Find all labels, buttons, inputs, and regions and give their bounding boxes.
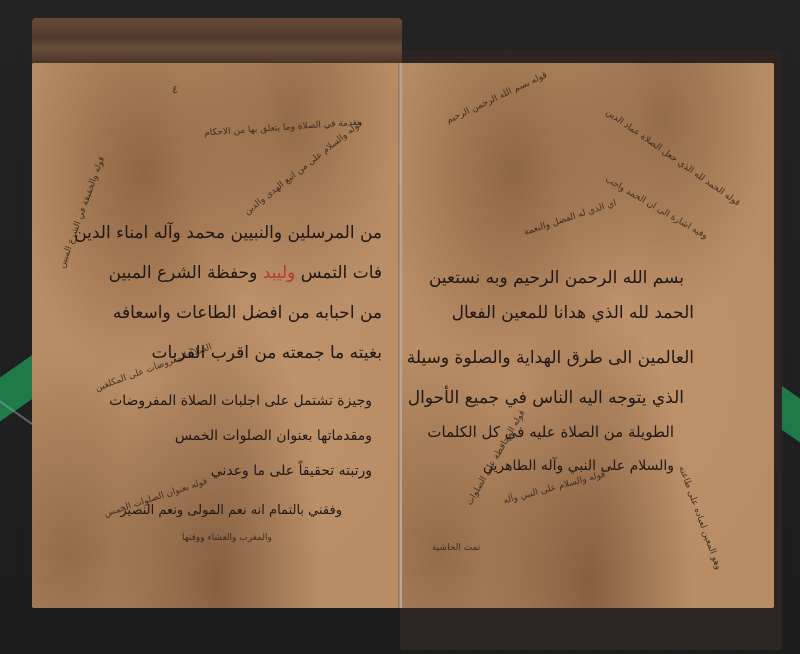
main-text-line: ورتبته تحقيقاً على ما وعدني <box>211 463 372 479</box>
main-text-line: ومقدماتها بعنوان الصلوات الخمس <box>175 428 372 444</box>
margin-note: قوله والسلام على النبي وآله <box>502 470 606 507</box>
main-text-line: بغيته ما جمعته من اقرب القربات <box>152 343 382 363</box>
open-manuscript: ٤ مقدمة في الصلاة وما يتعلق بها من الاحك… <box>22 18 782 628</box>
margin-note: تمت الحاشية <box>432 543 480 553</box>
main-text-line: وجيزة تشتمل على اجلبات الصلاة المفروضات <box>109 393 372 409</box>
main-text-line: فات التمس وليبد وحفظة الشرع المبين <box>109 263 382 283</box>
margin-note: وفيه اشارة الى ان الحمد واجب <box>603 175 709 242</box>
margin-note: والمغرب والعشاء ووقتها <box>182 533 272 543</box>
main-text-line: الحمد لله الذي هدانا للمعين الفعال <box>452 303 694 323</box>
main-text-line: الطويلة من الصلاة عليه في كل الكلمات <box>427 423 674 441</box>
margin-note: اي الذي له الفضل والنعمة <box>523 198 618 237</box>
main-text-line: وفقني بالتمام انه نعم المولى ونعم النصير <box>120 503 342 518</box>
main-text-line: والسلام على النبي وآله الطاهرين <box>483 458 674 474</box>
main-text-line: بسم الله الرحمن الرحيم وبه نستعين <box>429 268 684 288</box>
main-text-line: الذي يتوجه اليه الناس في جميع الأحوال <box>408 388 684 408</box>
margin-note: قوله والحقيقة في الشرع المبين <box>57 155 107 269</box>
rubric-word: وليبد <box>263 263 296 283</box>
main-text-line: من احبابه من افضل الطاعات واسعافه <box>113 303 382 323</box>
main-text-line: من المرسلين والنبيين محمد وآله امناء الد… <box>74 223 382 243</box>
right-page: قوله بسم الله الرحمن الرحيم قوله الحمد ل… <box>402 63 774 608</box>
margin-note: قوله بسم الله الرحمن الرحيم <box>445 70 549 125</box>
main-text-line: العالمين الى طرق الهداية والصلوة وسيلة <box>407 348 694 368</box>
page-block-edge <box>32 18 402 68</box>
corner-mark: ٤ <box>172 83 178 96</box>
margin-note: وهو المعين لعباده على طاعته <box>676 465 723 571</box>
left-page: ٤ مقدمة في الصلاة وما يتعلق بها من الاحك… <box>32 63 402 608</box>
